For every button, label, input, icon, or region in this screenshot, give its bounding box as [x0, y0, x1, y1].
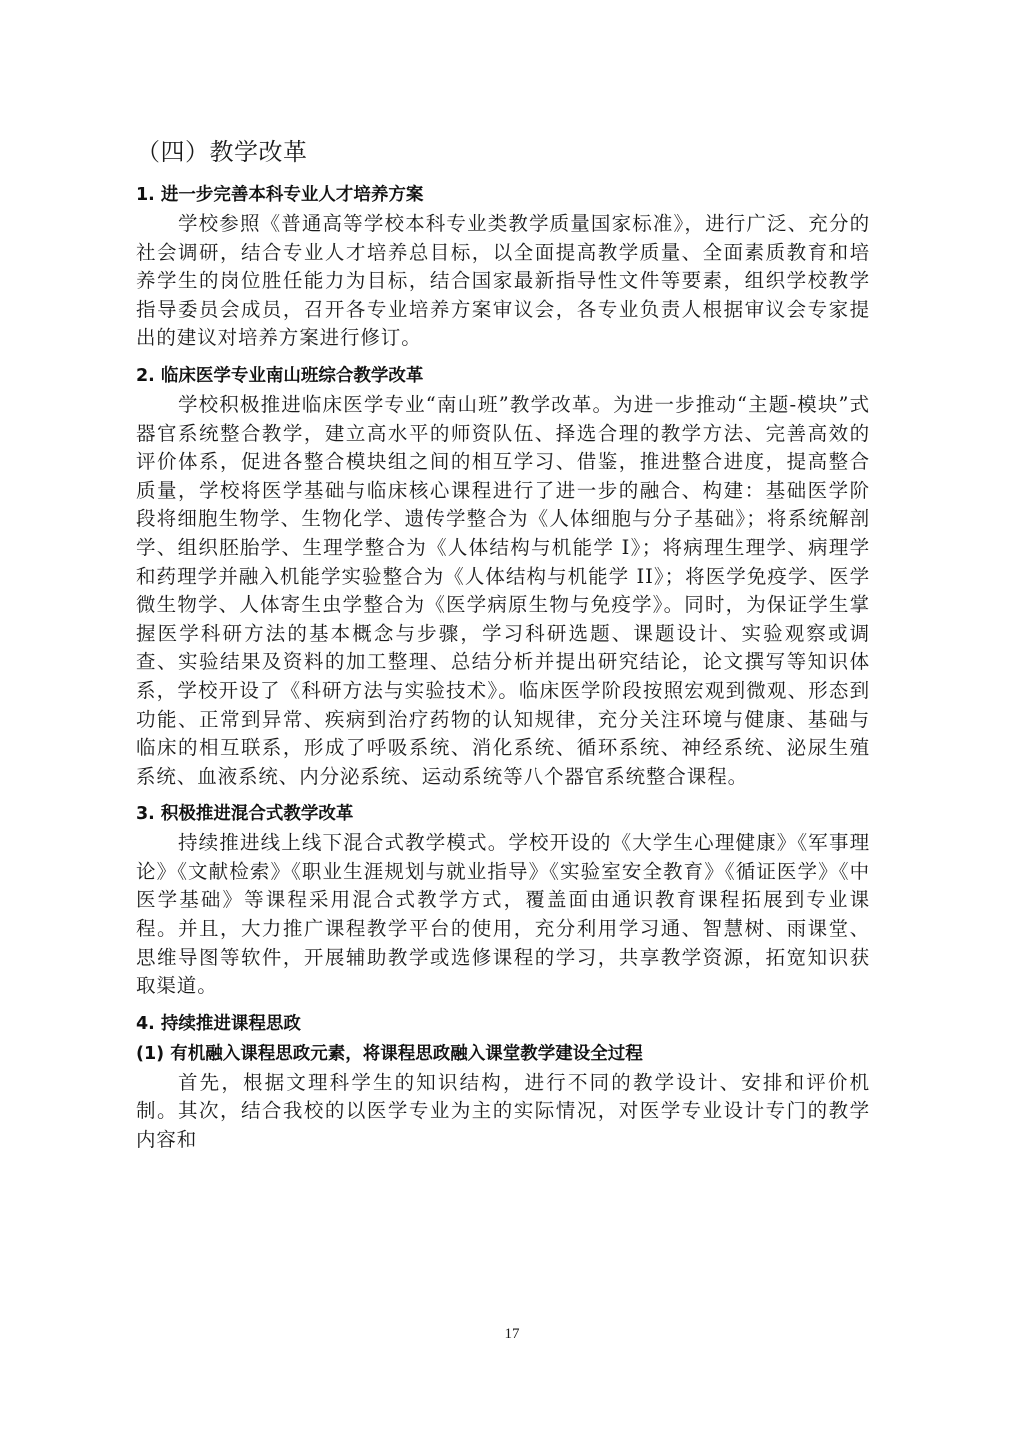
subsection-4: 4. 持续推进课程思政 (1) 有机融入课程思政元素，将课程思政融入课堂教学建设… — [136, 1009, 870, 1155]
paragraph: 学校参照《普通高等学校本科专业类教学质量国家标准》，进行广泛、充分的社会调研，结… — [136, 210, 870, 353]
subsection-heading: 4. 持续推进课程思政 — [136, 1009, 870, 1039]
paragraph: 学校积极推进临床医学专业“南山班”教学改革。为进一步推动“主题-模块”式器官系统… — [136, 391, 870, 791]
paragraph: 持续推进线上线下混合式教学模式。学校开设的《大学生心理健康》《军事理论》《文献检… — [136, 829, 870, 1001]
subsection-heading: 1. 进一步完善本科专业人才培养方案 — [136, 180, 870, 210]
page-number: 17 — [0, 1326, 1024, 1343]
subsection-1: 1. 进一步完善本科专业人才培养方案 学校参照《普通高等学校本科专业类教学质量国… — [136, 180, 870, 353]
sub-subsection-heading: (1) 有机融入课程思政元素，将课程思政融入课堂教学建设全过程 — [136, 1039, 870, 1069]
subsection-3: 3. 积极推进混合式教学改革 持续推进线上线下混合式教学模式。学校开设的《大学生… — [136, 799, 870, 1001]
document-page: （四）教学改革 1. 进一步完善本科专业人才培养方案 学校参照《普通高等学校本科… — [136, 132, 870, 1155]
paragraph: 首先，根据文理科学生的知识结构，进行不同的教学设计、安排和评价机制。其次，结合我… — [136, 1069, 870, 1155]
subsection-2: 2. 临床医学专业南山班综合教学改革 学校积极推进临床医学专业“南山班”教学改革… — [136, 361, 870, 791]
subsection-heading: 2. 临床医学专业南山班综合教学改革 — [136, 361, 870, 391]
subsection-heading: 3. 积极推进混合式教学改革 — [136, 799, 870, 829]
section-title: （四）教学改革 — [136, 132, 870, 172]
